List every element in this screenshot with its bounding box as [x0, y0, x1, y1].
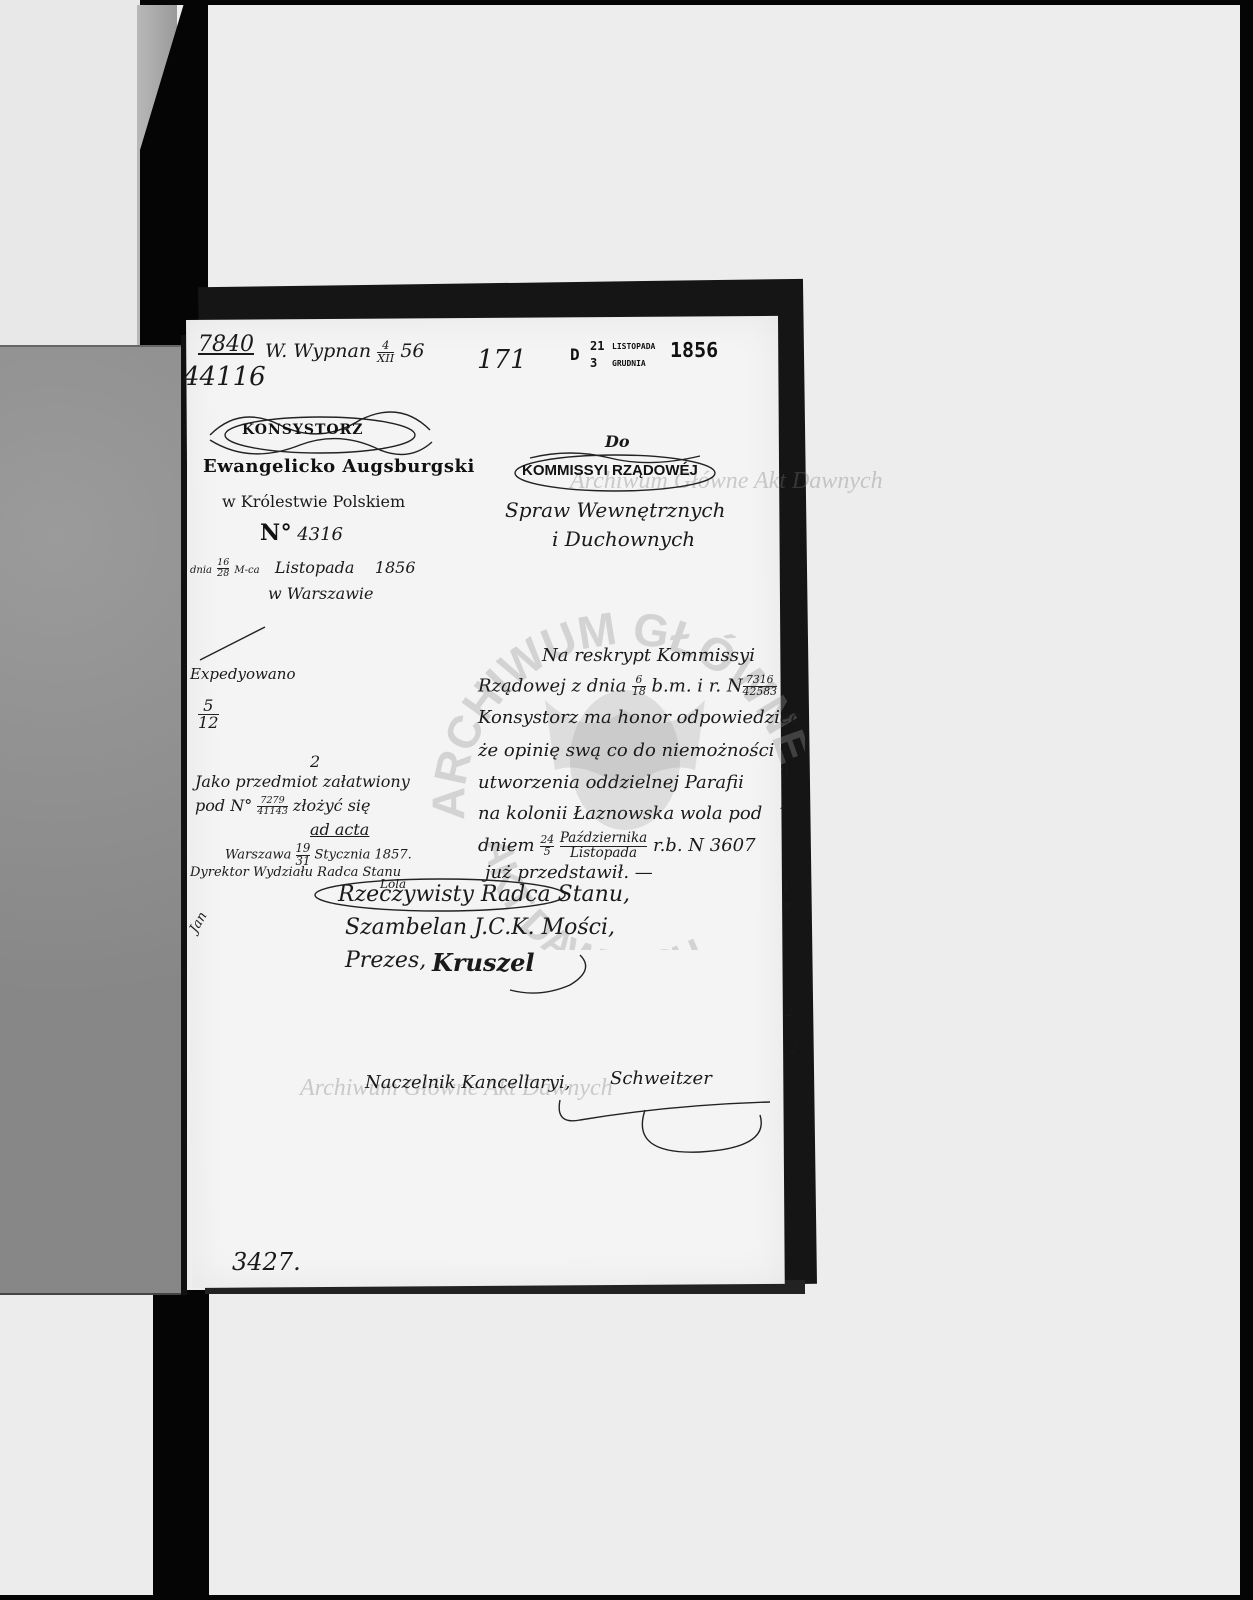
body-line-1: Na reskrypt Kommissyi	[542, 645, 755, 666]
addressee-line-3: i Duchownych	[552, 527, 695, 551]
book-cover-border	[0, 345, 185, 1295]
body-line-3: Konsystorz ma honor odpowiedzieć	[478, 707, 801, 728]
stamp-day: 21 3	[590, 338, 604, 372]
signature-swash-icon	[500, 950, 600, 1000]
margin-note-line-2-text: pod N°	[195, 796, 252, 815]
scan-background-left-top	[0, 0, 140, 345]
rescript-suffix: b.m. i r. N	[652, 675, 743, 696]
margin-strike-line-icon	[195, 625, 275, 665]
body-line-6: na kolonii Łaznowska wola pod	[478, 803, 762, 824]
body-line-4: że opinię swą co do niemożności	[478, 740, 774, 761]
right-margin-mark-4: 7	[782, 902, 790, 917]
rescript-number: 731642583	[743, 675, 777, 698]
signature-line-3: Prezes,	[345, 948, 426, 973]
stamp-month: LISTOPADA GRUDNIA	[612, 338, 655, 372]
right-margin-mark-6: 2	[786, 1005, 794, 1019]
answer-date: 245	[540, 835, 554, 858]
date-day: 1628	[217, 558, 229, 578]
stamp-month-bottom: GRUDNIA	[612, 355, 655, 372]
folio-number: 171	[477, 345, 527, 375]
body-line-5: utworzenia oddzielnej Parafii	[478, 772, 744, 793]
date-month-prefix: M-ca	[234, 565, 259, 576]
letterhead-location: w Królestwie Polskiem	[222, 492, 405, 511]
scan-edge-bottom	[0, 1595, 1253, 1600]
book-gutter-bottom	[153, 1290, 209, 1600]
letterhead-title: KONSYSTORZ	[242, 422, 363, 438]
margin-note-expedited: Expedyowano	[190, 665, 295, 683]
margin-note-mark: 2	[310, 752, 320, 771]
chancellery-title: Naczelnik Kancellaryi,	[365, 1072, 570, 1093]
margin-note-expedited-date: 512	[198, 698, 219, 731]
answer-ref: r.b. N 3607	[653, 835, 756, 856]
scan-edge-right	[1240, 0, 1253, 1600]
receipt-note: W. Wypnan 4XII 56	[265, 340, 425, 364]
date-year: 1856	[375, 558, 416, 577]
date-month: Listopada	[275, 558, 355, 577]
right-margin-mark-3: 1	[782, 880, 790, 895]
margin-note-signature: Lola	[380, 877, 406, 891]
body-line-7: dniem 245 PaździernikaListopada r.b. N 3…	[478, 832, 756, 860]
stamp-day-bottom: 3	[590, 355, 604, 372]
receipt-date: 4XII	[377, 340, 394, 364]
stamp-month-top: LISTOPADA	[612, 338, 655, 355]
margin-note-ad-acta: ad acta	[310, 820, 369, 839]
answer-month: PaździernikaListopada	[560, 832, 647, 860]
margin-note-date-frac: 1931	[296, 843, 311, 867]
number-value: 4316	[297, 524, 343, 545]
right-margin-mark-7: 2	[790, 1042, 798, 1056]
stamp-day-top: 21	[590, 338, 604, 355]
letterhead-subtitle: Ewangelicko Augsburgski	[203, 456, 475, 477]
addressee-name: KOMMISSYI RZĄDOWÉJ	[522, 462, 698, 479]
chancellery-flourish-icon	[550, 1080, 790, 1160]
receipt-year: 56	[400, 340, 424, 362]
signature-line-2: Szambelan J.C.K. Mości,	[345, 915, 615, 940]
margin-note-place: Warszawa	[225, 848, 291, 863]
margin-note-line-2: pod N° 727941143 złożyć się	[195, 796, 370, 817]
right-margin-mark-5: –	[783, 935, 790, 950]
receipt-note-text: W. Wypnan	[265, 340, 371, 362]
reference-number-1: 7840	[198, 332, 254, 357]
date-prefix: dnia	[190, 565, 212, 576]
reference-number-2: 44116	[183, 362, 266, 392]
margin-note-line-1: Jako przedmiot załatwiony	[195, 772, 410, 791]
right-margin-mark-1: u	[780, 762, 789, 778]
stamp-prefix: D	[570, 345, 580, 364]
bottom-archive-number: 3427.	[232, 1248, 301, 1276]
body-line-7-text: dniem	[478, 835, 535, 856]
margin-note-month-year: Stycznia 1857.	[315, 848, 412, 863]
body-line-2: Rządowej z dnia 618 b.m. i r. N731642583	[478, 675, 777, 698]
number-prefix: N°	[260, 520, 292, 546]
margin-note-number: 727941143	[257, 796, 288, 816]
stamp-year: 1856	[670, 338, 718, 362]
letterhead-date: dnia 1628 M-ca Listopada 1856	[190, 558, 416, 579]
scan-background-left-bottom	[0, 1295, 155, 1595]
rescript-date: 618	[632, 675, 646, 698]
letterhead-number: N° 4316	[260, 520, 343, 546]
margin-note-director: Dyrektor Wydziału Radca Stanu	[190, 865, 401, 880]
addressee-line-2: Spraw Wewnętrznych	[505, 498, 725, 522]
margin-note-date: Warszawa 1931 Stycznia 1857.	[225, 843, 412, 867]
expedited-date-frac: 512	[198, 698, 219, 731]
letterhead-place: w Warszawie	[268, 584, 373, 603]
book-spine	[181, 335, 187, 1295]
right-margin-mark-2: ,	[780, 795, 784, 811]
body-line-2-text: Rządowej z dnia	[478, 675, 626, 696]
margin-note-line-2-suffix: złożyć się	[293, 796, 371, 815]
